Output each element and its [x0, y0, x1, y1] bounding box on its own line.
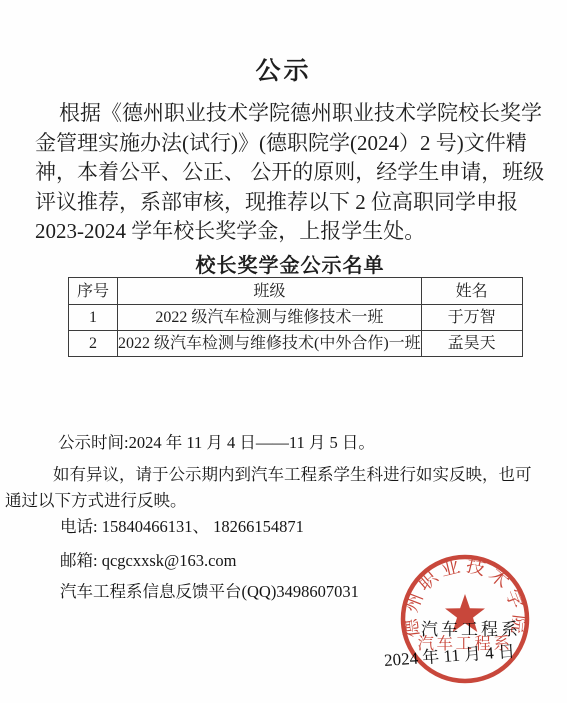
table-title: 校长奖学金公示名单 [0, 249, 567, 278]
body-paragraph-line: 神，本着公平、公正、 公开的原则，经学生申请，班级 [35, 158, 555, 188]
scholarship-roster-table: 序号 班级 姓名 1 2022 级汽车检测与维修技术一班 于万智 2 2022 … [68, 277, 523, 357]
table-header-name: 姓名 [421, 278, 522, 305]
cell-class: 2022 级汽车检测与维修技术(中外合作)一班 [118, 331, 422, 357]
table-row: 2 2022 级汽车检测与维修技术(中外合作)一班 孟昊天 [69, 331, 523, 357]
objection-line-1: 如有异议，请于公示期内到汽车工程系学生科进行如实反映，也可 [53, 461, 532, 485]
official-seal: 德州职业技术学院 汽车工程系 [398, 553, 532, 687]
email-line: 邮箱: qcgcxxsk@163.com [60, 547, 237, 571]
table-row: 1 2022 级汽车检测与维修技术一班 于万智 [69, 305, 523, 331]
body-paragraph-line: 根据《德州职业技术学院德州职业技术学院校长奖学 [35, 99, 555, 129]
publicity-period-line: 公示时间:2024 年 11 月 4 日——11 月 5 日。 [58, 429, 375, 453]
announcement-document: 公示 根据《德州职业技术学院德州职业技术学院校长奖学 金管理实施办法(试行)》(… [0, 0, 567, 703]
table-header-row: 序号 班级 姓名 [69, 278, 523, 305]
cell-name: 孟昊天 [421, 331, 522, 357]
body-paragraph-line: 评议推荐，系部审核，现推荐以下 2 位高职同学申报 [35, 188, 555, 218]
cell-no: 2 [69, 331, 118, 357]
body-paragraph: 根据《德州职业技术学院德州职业技术学院校长奖学 金管理实施办法(试行)》(德职院… [35, 99, 555, 247]
table-header-class: 班级 [118, 278, 422, 305]
cell-name: 于万智 [421, 305, 522, 331]
body-paragraph-line: 2023-2024 学年校长奖学金，上报学生处。 [35, 217, 555, 247]
cell-class: 2022 级汽车检测与维修技术一班 [118, 305, 422, 331]
cell-no: 1 [69, 305, 118, 331]
body-paragraph-line: 金管理实施办法(试行)》(德职院学(2024）2 号)文件精 [35, 129, 555, 159]
document-title: 公示 [0, 51, 567, 87]
qq-feedback-line: 汽车工程系信息反馈平台(QQ)3498607031 [60, 578, 359, 602]
table-header-no: 序号 [69, 278, 118, 305]
phone-line: 电话: 15840466131、 18266154871 [60, 513, 304, 537]
objection-line-2: 通过以下方式进行反映。 [5, 487, 187, 511]
seal-star-icon [445, 594, 485, 632]
seal-center-text: 汽车工程系 [418, 634, 513, 653]
